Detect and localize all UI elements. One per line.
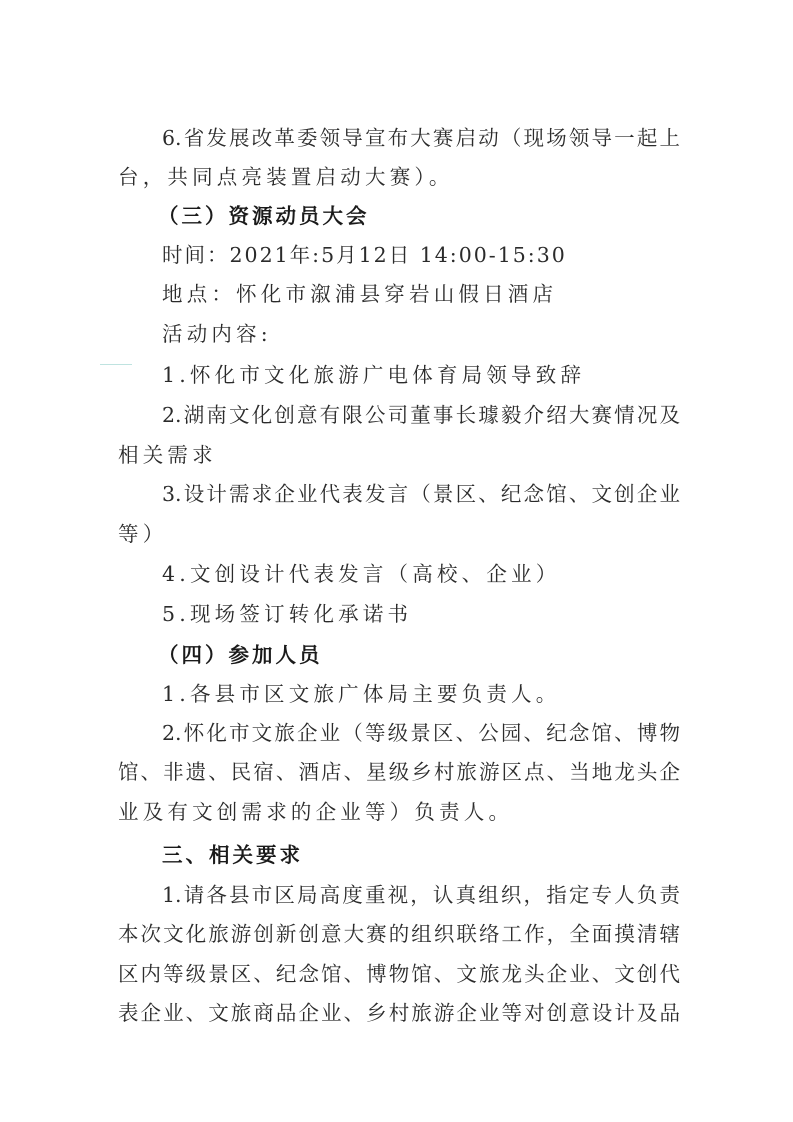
part-3-heading: 三、相关要求 xyxy=(162,836,680,875)
activity-item-3-line2: 等） xyxy=(118,515,680,554)
activities-label: 活动内容: xyxy=(162,315,680,354)
section-3-heading: （三）资源动员大会 xyxy=(158,197,720,236)
attendee-item-2-line1: 2.怀化市文旅企业（等级景区、公园、纪念馆、博物 xyxy=(162,714,680,753)
activity-item-5: 5.现场签订转化承诺书 xyxy=(162,595,680,634)
location-line: 地点：怀化市溆浦县穿岩山假日酒店 xyxy=(162,275,680,314)
requirement-item-1-line3: 区内等级景区、纪念馆、博物馆、文旅龙头企业、文创代 xyxy=(118,955,680,994)
scan-artifact-line xyxy=(100,364,132,365)
activity-item-3-line1: 3.设计需求企业代表发言（景区、纪念馆、文创企业 xyxy=(162,475,680,514)
attendee-item-1: 1.各县市区文旅广体局主要负责人。 xyxy=(162,675,680,714)
time-line: 时间：2021年:5月12日 14:00-15:30 xyxy=(162,236,680,275)
requirement-item-1-line2: 本次文化旅游创新创意大赛的组织联络工作，全面摸清辖 xyxy=(118,915,680,954)
attendee-item-2-line3: 业及有文创需求的企业等）负责人。 xyxy=(118,793,680,832)
attendee-item-2-line2: 馆、非遗、民宿、酒店、星级乡村旅游区点、当地龙头企 xyxy=(118,753,680,792)
activity-item-2-line1: 2.湖南文化创意有限公司董事长璩毅介绍大赛情况及 xyxy=(162,396,680,435)
requirement-item-1-line1: 1.请各县市区局高度重视，认真组织，指定专人负责 xyxy=(162,876,680,915)
section-4-heading: （四）参加人员 xyxy=(158,636,720,675)
requirement-item-1-line4: 表企业、文旅商品企业、乡村旅游企业等对创意设计及品 xyxy=(118,994,680,1033)
activity-item-2-line2: 相关需求 xyxy=(118,436,680,475)
document-page: 6.省发展改革委领导宣布大赛启动（现场领导一起上 台，共同点亮装置启动大赛）。 … xyxy=(0,0,793,1122)
item6-line2: 台，共同点亮装置启动大赛）。 xyxy=(118,158,680,197)
activity-item-1: 1.怀化市文化旅游广电体育局领导致辞 xyxy=(162,356,680,395)
activity-item-4: 4.文创设计代表发言（高校、企业） xyxy=(162,555,680,594)
item6-line1: 6.省发展改革委领导宣布大赛启动（现场领导一起上 xyxy=(162,119,680,158)
